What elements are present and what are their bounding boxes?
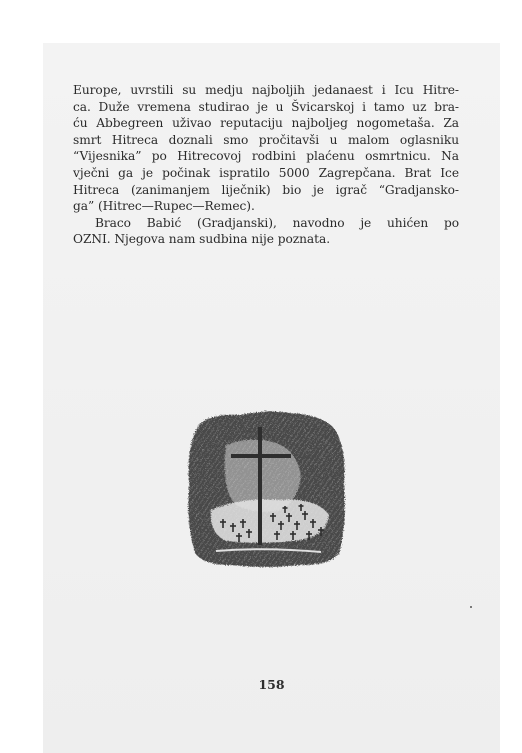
text-line: “Vijesnika” po Hitrecovoj rodbini plaćen… bbox=[73, 148, 459, 165]
paragraph-1: Europe, uvrstili su medju najboljih jeda… bbox=[73, 82, 459, 215]
text-line: smrt Hitreca doznali smo pročitavši u ma… bbox=[73, 132, 459, 149]
body-text: Europe, uvrstili su medju najboljih jeda… bbox=[73, 82, 459, 248]
text-line: vječni ga je počinak ispratilo 5000 Zagr… bbox=[73, 165, 459, 182]
text-line: OZNI. Njegova nam sudbina nije poznata. bbox=[73, 231, 459, 248]
text-line: ca. Duže vremena studirao je u Švicarsko… bbox=[73, 99, 459, 116]
text-line: ga” (Hitrec—Rupec—Remec). bbox=[73, 198, 459, 215]
book-page: Europe, uvrstili su medju najboljih jeda… bbox=[43, 43, 500, 753]
text-line: Braco Babić (Gradjanski), navodno je uhi… bbox=[73, 215, 459, 232]
text-line: Europe, uvrstili su medju najboljih jeda… bbox=[73, 82, 459, 99]
text-line: ću Abbegreen uživao reputaciju najboljeg… bbox=[73, 115, 459, 132]
paragraph-2: Braco Babić (Gradjanski), navodno je uhi… bbox=[73, 215, 459, 248]
scan-speck bbox=[470, 606, 472, 608]
page-number: 158 bbox=[43, 677, 500, 692]
cross-graveyard-illustration bbox=[181, 405, 351, 570]
text-line: Hitreca (zanimanjem liječnik) bio je igr… bbox=[73, 182, 459, 199]
